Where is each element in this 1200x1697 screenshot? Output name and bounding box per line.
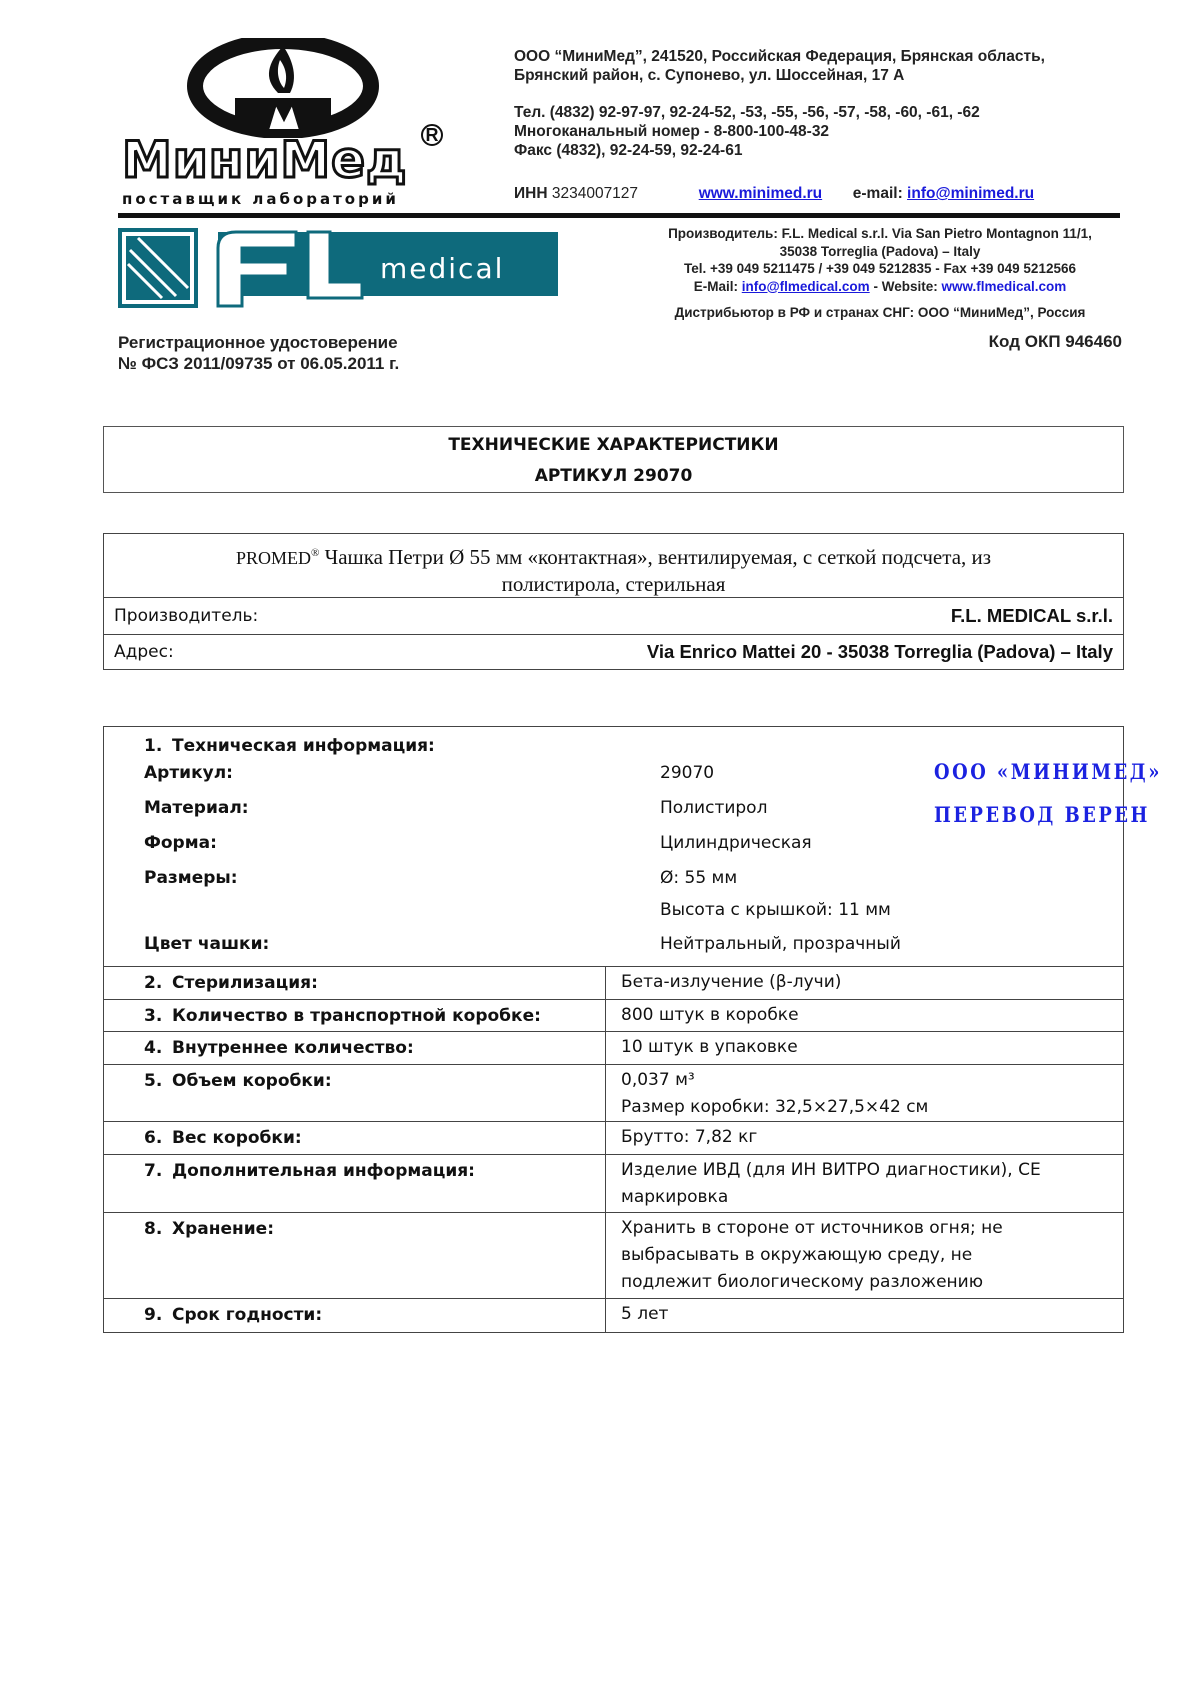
section1-heading: 1.Техническая информация: [144,736,435,756]
spec-label: Артикул: [144,763,233,783]
spec-value: Цилиндрическая [660,833,812,853]
minimed-phone: Тел. (4832) 92-97-97, 92-24-52, -53, -55… [514,103,1045,122]
product-info-box: PROMED® Чашка Петри Ø 55 мм «контактная»… [103,533,1124,670]
fl-tel-line: Tel. +39 049 5211475 / +39 049 5212835 -… [630,260,1130,278]
product-brand: PROMED [236,548,311,568]
spec-row-value: Хранить в стороне от источников огня; не… [606,1213,1123,1298]
minimed-wordmark: МиниМед [122,130,422,190]
address-value: Via Enrico Mattei 20 - 35038 Torreglia (… [647,641,1113,663]
minimed-logo: МиниМед R поставщик лабораторий [118,38,448,213]
fl-website-link[interactable]: www.flmedical.com [941,279,1066,294]
document-title-box: ТЕХНИЧЕСКИЕ ХАРАКТЕРИСТИКИ АРТИКУЛ 29070 [103,426,1124,493]
spec-row: 9.Срок годности:5 лет [104,1298,1123,1332]
spec-row: 2.Стерилизация:Бета-излучение (β-лучи) [104,966,1123,999]
stamp-line1: ООО «МИНИМЕД» [934,759,1162,784]
email-label: e-mail: [853,185,903,202]
spec-row-value: Бета-излучение (β-лучи) [606,967,1123,999]
spec-row-value: Изделие ИВД (для ИН ВИТРО диагностики), … [606,1155,1123,1212]
spec-row-label: 9.Срок годности: [104,1299,606,1332]
spec-row: 6.Вес коробки:Брутто: 7,82 кг [104,1121,1123,1154]
fl-website-label: - Website: [873,279,937,294]
spec-row-value: 5 лет [606,1299,1123,1332]
spec-row: 8.Хранение:Хранить в стороне от источник… [104,1212,1123,1298]
registration-certificate: Регистрационное удостоверение № ФСЗ 2011… [118,332,399,374]
spec-row-value: 800 штук в коробке [606,1000,1123,1031]
product-name-line1: Чашка Петри Ø 55 мм «контактная», вентил… [319,545,991,569]
registration-line2: № ФСЗ 2011/09735 от 06.05.2011 г. [118,353,399,374]
spec-row-value: 10 штук в упаковке [606,1032,1123,1064]
inn-label: ИНН [514,185,548,202]
spec-label: Материал: [144,798,249,818]
spec-row: 4.Внутреннее количество:10 штук в упаков… [104,1031,1123,1064]
stamp-line2: ПЕРЕВОД ВЕРЕН [934,802,1150,827]
distributor-line: Дистрибьютор в РФ и странах СНГ: ООО “Ми… [630,305,1130,320]
spec-label: Форма: [144,833,217,853]
minimed-fax: Факс (4832), 92-24-59, 92-24-61 [514,141,1045,160]
spec-row-label: 6.Вес коробки: [104,1122,606,1154]
manufacturer-row: Производитель: F.L. MEDICAL s.r.l. [104,598,1123,634]
registered-mark-icon: R [421,124,443,146]
manufacturer-value: F.L. MEDICAL s.r.l. [951,605,1113,627]
product-name: PROMED® Чашка Петри Ø 55 мм «контактная»… [104,534,1123,598]
manufacturer-label: Производитель: [114,606,258,626]
fl-email-link[interactable]: info@flmedical.com [742,279,870,294]
fl-email-label: E-Mail: [694,279,738,294]
spec-row-label: 8.Хранение: [104,1213,606,1298]
spec-row-label: 3.Количество в транспортной коробке: [104,1000,606,1031]
spec-row: 7.Дополнительная информация:Изделие ИВД … [104,1154,1123,1212]
spec-row-label: 7.Дополнительная информация: [104,1155,606,1212]
spec-row-value: Брутто: 7,82 кг [606,1122,1123,1154]
product-name-line2: полистирола, стерильная [502,572,726,596]
minimed-tagline: поставщик лабораторий [122,190,399,208]
minimed-address-line2: Брянский район, с. Супонево, ул. Шоссейн… [514,66,1045,85]
spec-value: Ø: 55 мм [660,868,737,888]
spec-row: 3.Количество в транспортной коробке:800 … [104,999,1123,1031]
spec-label: Цвет чашки: [144,934,269,954]
spec-row: 5.Объем коробки:0,037 м³Размер коробки: … [104,1064,1123,1121]
minimed-multichannel: Многоканальный номер - 8-800-100-48-32 [514,122,1045,141]
spec-label: Размеры: [144,868,238,888]
spec-row-label: 2.Стерилизация: [104,967,606,999]
address-label: Адрес: [114,642,174,662]
minimed-address-line1: ООО “МиниМед”, 241520, Российская Федера… [514,47,1045,66]
okp-code: Код ОКП 946460 [900,332,1122,352]
spec-value: Нейтральный, прозрачный [660,934,901,954]
spec-value: 29070 [660,763,714,783]
spec-value: Высота с крышкой: 11 мм [660,900,891,920]
address-row: Адрес: Via Enrico Mattei 20 - 35038 Torr… [104,634,1123,670]
spec-row-label: 4.Внутреннее количество: [104,1032,606,1064]
document-title: ТЕХНИЧЕСКИЕ ХАРАКТЕРИСТИКИ [104,430,1123,461]
spec-value: Полистирол [660,798,767,818]
fl-email-website-line: E-Mail: info@flmedical.com - Website: ww… [630,278,1130,296]
fl-medical-logo: medical [118,228,558,308]
fl-medical-wordmark: medical [380,252,504,285]
minimed-email-link[interactable]: info@minimed.ru [907,185,1034,202]
fl-medical-contacts: Производитель: F.L. Medical s.r.l. Via S… [630,225,1130,295]
minimed-website-link[interactable]: www.minimed.ru [699,185,822,202]
fl-manufacturer-line2: 35038 Torreglia (Padova) – Italy [630,243,1130,261]
document-article: АРТИКУЛ 29070 [104,461,1123,492]
flame-emblem-icon [118,38,448,138]
spec-row-value: 0,037 м³Размер коробки: 32,5×27,5×42 см [606,1065,1123,1121]
minimed-inn-row: ИНН 3234007127 www.minimed.ru e-mail: in… [514,185,1034,203]
inn-value: 3234007127 [552,185,638,202]
minimed-contacts: ООО “МиниМед”, 241520, Российская Федера… [514,47,1045,160]
header-divider [118,213,1120,218]
spec-row-label: 5.Объем коробки: [104,1065,606,1121]
fl-manufacturer-line1: Производитель: F.L. Medical s.r.l. Via S… [630,225,1130,243]
registration-line1: Регистрационное удостоверение [118,332,399,353]
spec-table: 1.Техническая информация: Артикул:29070М… [103,726,1124,1333]
section-technical-info: 1.Техническая информация: Артикул:29070М… [104,727,1123,966]
